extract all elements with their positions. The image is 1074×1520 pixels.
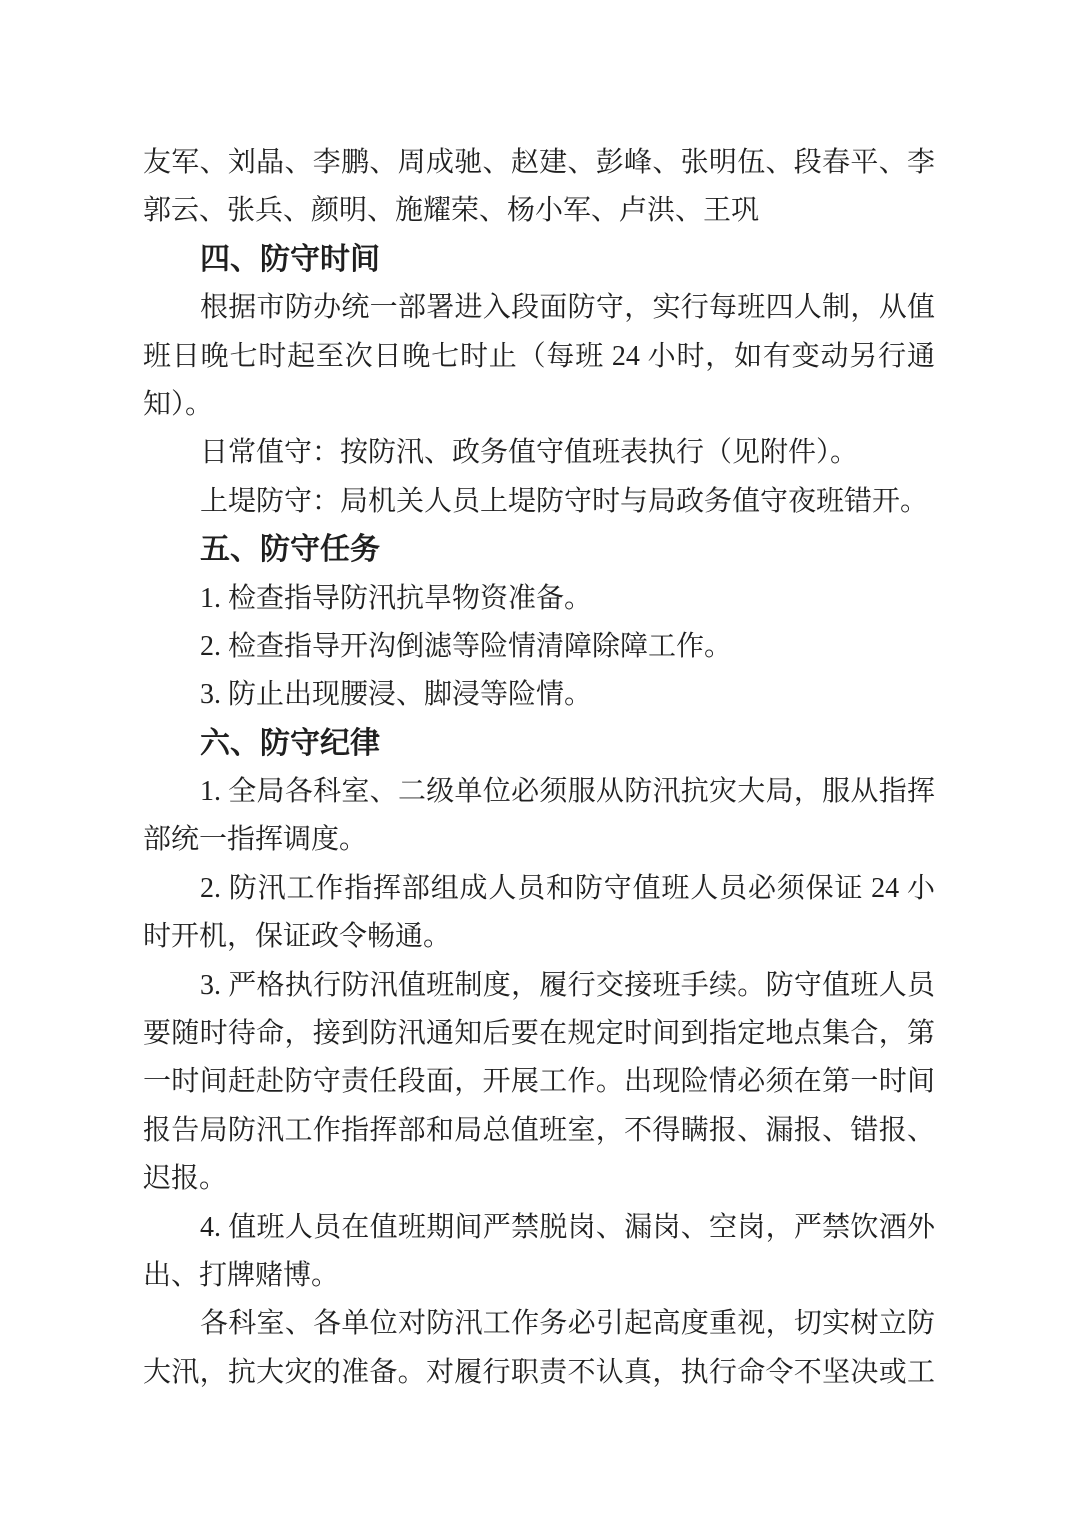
- document-line: 报告局防汛工作指挥部和局总值班室，不得瞒报、漏报、错报、: [143, 1107, 935, 1155]
- document-line: 各科室、各单位对防汛工作务必引起高度重视，切实树立防: [143, 1300, 935, 1348]
- document-line: 3. 防止出现腰浸、脚浸等险情。: [143, 671, 935, 719]
- document-line: 部统一指挥调度。: [143, 816, 935, 864]
- document-line: 4. 值班人员在值班期间严禁脱岗、漏岗、空岗，严禁饮酒外: [143, 1204, 935, 1252]
- document-line: 知）。: [143, 381, 935, 429]
- document-line: 大汛，抗大灾的准备。对履行职责不认真，执行命令不坚决或工: [143, 1349, 935, 1397]
- document-line: 班日晚七时起至次日晚七时止（每班 24 小时，如有变动另行通: [143, 333, 935, 381]
- document-line: 日常值守：按防汛、政务值守值班表执行（见附件）。: [143, 429, 935, 477]
- document-line: 迟报。: [143, 1155, 935, 1203]
- document-line: 要随时待命，接到防汛通知后要在规定时间到指定地点集合，第: [143, 1010, 935, 1058]
- document-line: 3. 严格执行防汛值班制度，履行交接班手续。防守值班人员: [143, 962, 935, 1010]
- document-line: 1. 全局各科室、二级单位必须服从防汛抗灾大局，服从指挥: [143, 768, 935, 816]
- document-page: 友军、刘晶、李鹏、周成驰、赵建、彭峰、张明伍、段春平、李郭云、张兵、颜明、施耀荣…: [0, 0, 1074, 1520]
- document-line: 郭云、张兵、颜明、施耀荣、杨小军、卢洪、王巩: [143, 187, 935, 235]
- document-line: 2. 检查指导开沟倒滤等险情清障除障工作。: [143, 623, 935, 671]
- document-line: 时开机，保证政令畅通。: [143, 913, 935, 961]
- section-heading: 六、防守纪律: [143, 720, 935, 768]
- document-line: 1. 检查指导防汛抗旱物资准备。: [143, 575, 935, 623]
- document-line: 根据市防办统一部署进入段面防守，实行每班四人制，从值: [143, 284, 935, 332]
- document-text-block: 友军、刘晶、李鹏、周成驰、赵建、彭峰、张明伍、段春平、李郭云、张兵、颜明、施耀荣…: [143, 139, 935, 1397]
- document-line: 2. 防汛工作指挥部组成人员和防守值班人员必须保证 24 小: [143, 865, 935, 913]
- document-line: 友军、刘晶、李鹏、周成驰、赵建、彭峰、张明伍、段春平、李: [143, 139, 935, 187]
- section-heading: 四、防守时间: [143, 236, 935, 284]
- document-line: 一时间赶赴防守责任段面，开展工作。出现险情必须在第一时间: [143, 1058, 935, 1106]
- document-line: 出、打牌赌博。: [143, 1252, 935, 1300]
- document-line: 上堤防守：局机关人员上堤防守时与局政务值守夜班错开。: [143, 478, 935, 526]
- section-heading: 五、防守任务: [143, 526, 935, 574]
